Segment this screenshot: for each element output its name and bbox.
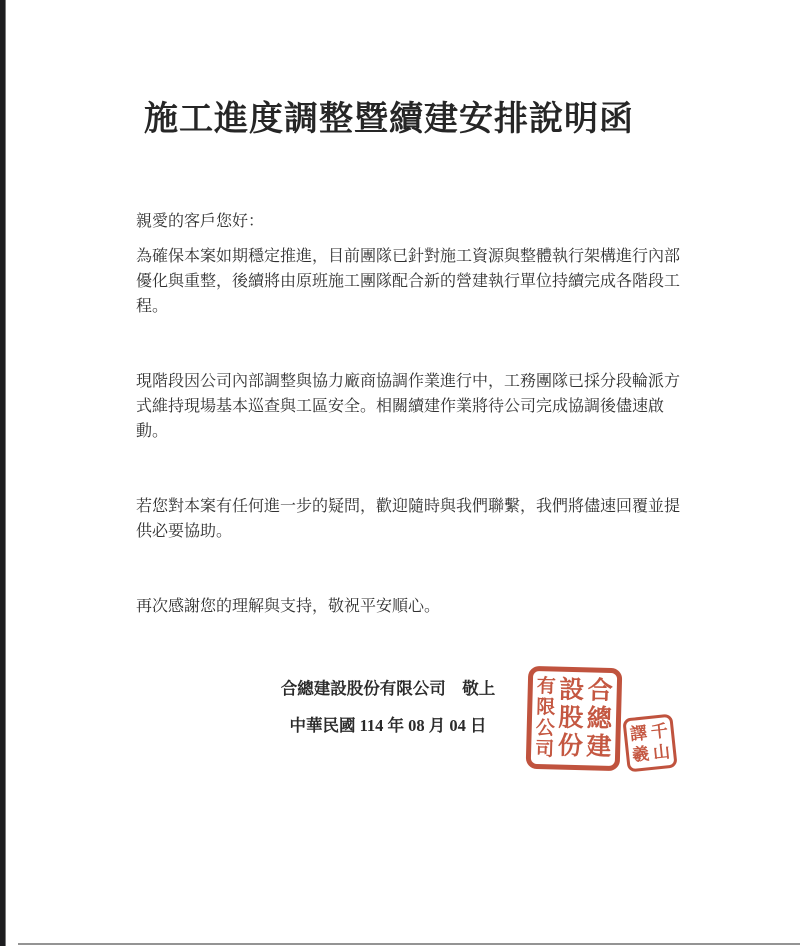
scan-edge-bottom: [18, 943, 800, 945]
company-seal-stamp: 合總建 設股份 有限公司: [526, 666, 623, 771]
paragraph-4: 再次感謝您的理解與支持，敬祝平安順心。: [136, 594, 680, 619]
scanned-letter-page: 施工進度調整暨續建安排說明函 親愛的客戶您好： 為確保本案如期穩定推進，目前團隊…: [0, 0, 800, 946]
paragraph-3: 若您對本案有任何進一步的疑問，歡迎隨時與我們聯繫，我們將儘速回覆並提 供必要協助…: [136, 494, 680, 544]
seal-column-left: 有限公司: [535, 676, 556, 760]
paragraph-line: 程。: [136, 294, 680, 319]
paragraph-line: 式維持現場基本巡查與工區安全。相關續建作業將待公司完成協調後儘速啟: [136, 394, 680, 419]
paragraph-line: 為確保本案如期穩定推進，目前團隊已針對施工資源與整體執行架構進行內部: [136, 244, 680, 269]
seal-column-right: 合總建: [586, 677, 613, 762]
seal-column-middle: 設股份: [557, 676, 584, 761]
seal-column-left: 譯羲: [629, 722, 650, 766]
paragraph-1: 為確保本案如期穩定推進，目前團隊已針對施工資源與整體執行架構進行內部 優化與重整…: [136, 244, 680, 319]
paragraph-line: 供必要協助。: [136, 519, 680, 544]
paragraph-line: 現階段因公司內部調整與協力廠商協調作業進行中，工務團隊已採分段輪派方: [136, 369, 680, 394]
name-seal-stamp: 千山 譯羲: [622, 714, 677, 773]
paragraph-2: 現階段因公司內部調整與協力廠商協調作業進行中，工務團隊已採分段輪派方 式維持現場…: [136, 369, 680, 444]
paragraph-line: 優化與重整，後續將由原班施工團隊配合新的營建執行單位持續完成各階段工: [136, 269, 680, 294]
seal-column-right: 千山: [650, 720, 671, 764]
paragraph-line: 再次感謝您的理解與支持，敬祝平安順心。: [136, 594, 680, 619]
signature-company-line: 合總建設股份有限公司 敬上: [0, 677, 776, 701]
document-title: 施工進度調整暨續建安排說明函: [0, 94, 778, 146]
greeting-line: 親愛的客戶您好：: [136, 209, 264, 234]
paragraph-line: 動。: [136, 419, 680, 444]
paragraph-line: 若您對本案有任何進一步的疑問，歡迎隨時與我們聯繫，我們將儘速回覆並提: [136, 494, 680, 519]
